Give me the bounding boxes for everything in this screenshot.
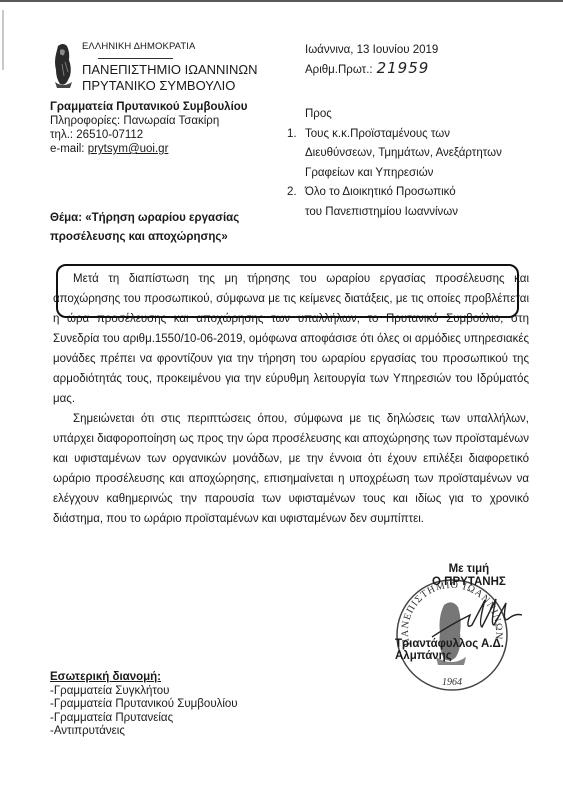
protocol-label: Αριθμ.Πρωτ.:	[305, 64, 373, 76]
recipient-number: 1.	[287, 125, 305, 184]
letterhead-divider	[98, 58, 173, 59]
seal-year: 1964	[442, 677, 462, 688]
recipient-line: του Πανεπιστημίου Ιωαννίνων	[305, 203, 458, 223]
protocol-row: Αριθμ.Πρωτ.:21959	[305, 59, 438, 79]
sender-block: Γραμματεία Πρυτανικού Συμβουλίου Πληροφο…	[50, 100, 248, 156]
sender-department: Γραμματεία Πρυτανικού Συμβουλίου	[50, 100, 248, 114]
recipient-item: 2. Όλο το Διοικητικό Προσωπικό του Πανεπ…	[287, 183, 502, 222]
council-name: ΠΡΥΤΑΝΙΚΟ ΣΥΜΒΟΥΛΙΟ	[82, 78, 258, 94]
eagle-owl-emblem-icon	[50, 42, 76, 90]
recipient-line: Διευθύνσεων, Τμημάτων, Ανεξάρτητων	[305, 144, 502, 164]
subject-line: Θέμα: «Τήρηση ωραρίου εργασίας	[50, 209, 239, 228]
sender-phone: τηλ.: 26510-07112	[50, 128, 248, 142]
distribution-item: -Γραμματεία Πρυτανείας	[50, 712, 238, 726]
recipients-block: Προς 1. Τους κ.κ.Προϊσταμένους των Διευθ…	[287, 105, 502, 222]
recipient-item: 1. Τους κ.κ.Προϊσταμένους των Διευθύνσεω…	[287, 125, 502, 184]
signer-name: Τριαντάφυλλος Α.Δ. Αλμπάνης	[395, 638, 563, 662]
closing-phrase: Με τιμή	[432, 563, 506, 576]
subject-heading: Θέμα: «Τήρηση ωραρίου εργασίας προσέλευσ…	[50, 209, 239, 247]
letterhead: ΕΛΛΗΝΙΚΗ ΔΗΜΟΚΡΑΤΙΑ ΠΑΝΕΠΙΣΤΗΜΙΟ ΙΩΑΝΝΙΝ…	[82, 41, 258, 94]
subject-line: προσέλευσης και αποχώρησης»	[50, 228, 239, 247]
body-paragraph: Σημειώνεται ότι στις περιπτώσεις όπου, σ…	[53, 409, 529, 529]
protocol-number-handwritten: 21959	[377, 59, 430, 77]
recipient-text: Τους κ.κ.Προϊσταμένους των Διευθύνσεων, …	[305, 125, 502, 184]
university-name: ΠΑΝΕΠΙΣΤΗΜΙΟ ΙΩΑΝΝΙΝΩΝ	[82, 62, 258, 78]
email-label: e-mail:	[50, 143, 88, 155]
date-protocol-block: Ιωάννινα, 13 Ιουνίου 2019 Αριθμ.Πρωτ.:21…	[305, 41, 438, 79]
state-name: ΕΛΛΗΝΙΚΗ ΔΗΜΟΚΡΑΤΙΑ	[82, 41, 258, 52]
closing-block: Με τιμή Ο ΠΡΥΤΑΝΗΣ	[432, 563, 506, 589]
recipient-line: Γραφείων και Υπηρεσιών	[305, 164, 502, 184]
email-link[interactable]: prytsym@uoi.gr	[88, 143, 169, 155]
sender-email-row: e-mail: prytsym@uoi.gr	[50, 142, 248, 156]
sender-info: Πληροφορίες: Πανωραία Τσακίρη	[50, 114, 248, 128]
highlight-annotation-box	[56, 264, 519, 318]
distribution-title: Εσωτερική διανομή:	[50, 671, 238, 685]
distribution-item: -Γραμματεία Πρυτανικού Συμβουλίου	[50, 698, 238, 712]
signer-title: Ο ΠΡΥΤΑΝΗΣ	[432, 576, 506, 589]
internal-distribution: Εσωτερική διανομή: -Γραμματεία Συγκλήτου…	[50, 671, 238, 739]
recipient-number: 2.	[287, 183, 305, 222]
recipients-label: Προς	[287, 105, 502, 125]
distribution-item: -Γραμματεία Συγκλήτου	[50, 685, 238, 699]
recipient-line: Τους κ.κ.Προϊσταμένους των	[305, 125, 502, 145]
distribution-item: -Αντιπρυτάνεις	[50, 725, 238, 739]
recipient-line: Όλο το Διοικητικό Προσωπικό	[305, 183, 458, 203]
recipient-text: Όλο το Διοικητικό Προσωπικό του Πανεπιστ…	[305, 183, 458, 222]
scan-top-edge	[0, 0, 563, 2]
scan-left-edge	[2, 10, 4, 70]
handwritten-signature-icon	[430, 595, 540, 640]
place-date: Ιωάννινα, 13 Ιουνίου 2019	[305, 41, 438, 59]
